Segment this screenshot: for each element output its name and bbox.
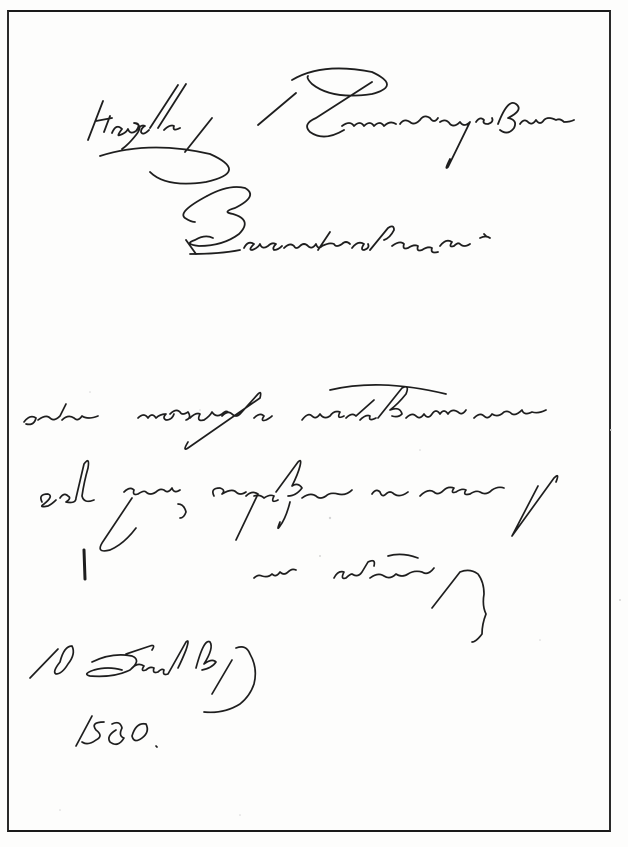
handwriting-line-qualities bbox=[41, 461, 558, 551]
handwriting-line-addressee-surname bbox=[183, 187, 490, 254]
handwriting-line-from bbox=[24, 385, 546, 449]
handwriting-line-addressee-name bbox=[88, 68, 574, 183]
scan-noise bbox=[59, 391, 621, 816]
document-page: Надеждѣ Дмитріевнѣ Васильковской отъ иск… bbox=[0, 0, 628, 847]
handwriting-ink bbox=[0, 0, 628, 847]
handwriting-line-author bbox=[254, 554, 486, 642]
handwriting-date bbox=[30, 641, 255, 747]
ink-mark bbox=[84, 550, 85, 579]
